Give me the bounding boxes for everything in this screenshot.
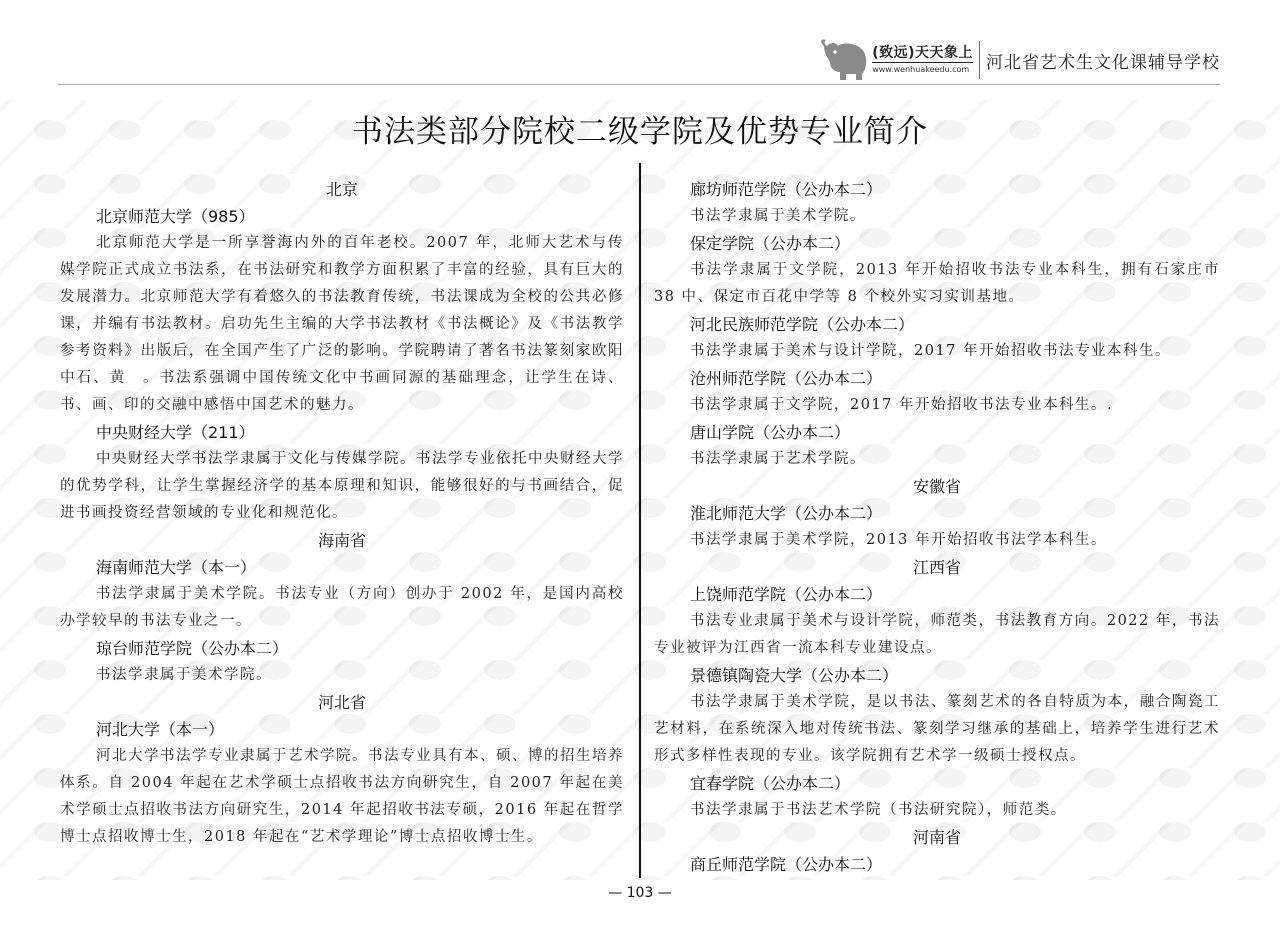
column-divider bbox=[639, 163, 641, 878]
brand-name: (致远)天天象上 bbox=[872, 45, 973, 63]
brand-text-block: (致远)天天象上 www.wenhuakeedu.com bbox=[872, 41, 980, 79]
school-description: 书法学隶属于文学院，2017 年开始招收书法专业本科生。. bbox=[654, 392, 1220, 419]
school-description: 书法学隶属于艺术学院。 bbox=[654, 446, 1220, 473]
school-name: 廊坊师范学院（公办本二） bbox=[654, 176, 1220, 203]
school-description: 书法学隶属于美术与设计学院，2017 年开始招收书法专业本科生。 bbox=[654, 338, 1220, 365]
right-column: 廊坊师范学院（公办本二） 书法学隶属于美术学院。 保定学院（公办本二） 书法学隶… bbox=[654, 176, 1220, 878]
school-description: 书法学隶属于美术学院。 bbox=[654, 203, 1220, 230]
school-name: 保定学院（公办本二） bbox=[654, 230, 1220, 257]
left-column: 北京 北京师范大学（985） 北京师范大学是一所享誉海内外的百年老校。2007 … bbox=[60, 176, 624, 851]
province-heading: 海南省 bbox=[60, 527, 624, 554]
page-number: — 103 — bbox=[0, 885, 1280, 901]
province-heading: 安徽省 bbox=[654, 473, 1220, 500]
school-description: 河北大学书法学专业隶属于艺术学院。书法专业具有本、硕、博的招生培养体系。自 20… bbox=[60, 743, 624, 851]
school-name: 商丘师范学院（公办本二） bbox=[654, 851, 1220, 878]
school-description: 书法学隶属于美术学院。书法专业（方向）创办于 2002 年，是国内高校办学较早的… bbox=[60, 581, 624, 635]
province-heading: 河南省 bbox=[654, 824, 1220, 851]
school-name: 上饶师范学院（公办本二） bbox=[654, 581, 1220, 608]
school-name: 海南师范大学（本一） bbox=[60, 554, 624, 581]
page-header: (致远)天天象上 www.wenhuakeedu.com 河北省艺术生文化课辅导… bbox=[58, 0, 1220, 86]
school-description: 书法学隶属于书法艺术学院（书法研究院），师范类。 bbox=[654, 797, 1220, 824]
province-heading: 河北省 bbox=[60, 689, 624, 716]
school-description: 书法专业隶属于美术与设计学院，师范类，书法教育方向。2022 年，书法专业被评为… bbox=[654, 608, 1220, 662]
school-description: 北京师范大学是一所享誉海内外的百年老校。2007 年，北师大艺术与传媒学院正式成… bbox=[60, 230, 624, 419]
elephant-logo-icon bbox=[818, 38, 868, 82]
school-name: 北京师范大学（985） bbox=[60, 203, 624, 230]
school-name: 中央财经大学（211） bbox=[60, 419, 624, 446]
school-description: 书法学隶属于美术学院。 bbox=[60, 662, 624, 689]
school-description: 书法学隶属于文学院，2013 年开始招收书法专业本科生，拥有石家庄市 38 中、… bbox=[654, 257, 1220, 311]
school-description: 书法学隶属于美术学院，2013 年开始招收书法学本科生。 bbox=[654, 527, 1220, 554]
page-title: 书法类部分院校二级学院及优势专业简介 bbox=[0, 106, 1280, 151]
province-heading: 江西省 bbox=[654, 554, 1220, 581]
header-divider bbox=[58, 84, 1220, 85]
school-name: 淮北师范大学（公办本二） bbox=[654, 500, 1220, 527]
school-name: 河北大学（本一） bbox=[60, 716, 624, 743]
school-name: 宜春学院（公办本二） bbox=[654, 770, 1220, 797]
school-description: 书法学隶属于美术学院，是以书法、篆刻艺术的各自特质为本，融合陶瓷工艺材料，在系统… bbox=[654, 689, 1220, 770]
school-name: 河北民族师范学院（公办本二） bbox=[654, 311, 1220, 338]
school-name: 沧州师范学院（公办本二） bbox=[654, 365, 1220, 392]
school-name: 景德镇陶瓷大学（公办本二） bbox=[654, 662, 1220, 689]
school-name: 琼台师范学院（公办本二） bbox=[60, 635, 624, 662]
school-name: 唐山学院（公办本二） bbox=[654, 419, 1220, 446]
province-heading: 北京 bbox=[60, 176, 624, 203]
brand-url: www.wenhuakeedu.com bbox=[872, 64, 969, 75]
school-description: 中央财经大学书法学隶属于文化与传媒学院。书法学专业依托中央财经大学的优势学科，让… bbox=[60, 446, 624, 527]
brand: (致远)天天象上 www.wenhuakeedu.com 河北省艺术生文化课辅导… bbox=[818, 38, 1220, 82]
school-name: 河北省艺术生文化课辅导学校 bbox=[980, 48, 1220, 73]
